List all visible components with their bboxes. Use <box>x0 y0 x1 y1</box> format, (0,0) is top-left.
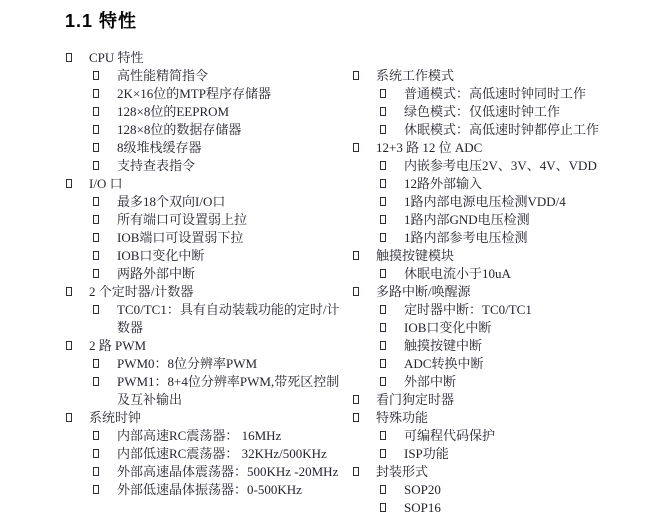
feature-list-item: 支持查表指令 <box>92 157 353 175</box>
hollow-square-bullet-icon <box>93 467 99 476</box>
feature-list-item: 128×8位的EEPROM <box>92 103 353 121</box>
feature-item-text: 内部高速RC震荡器： 16MHz <box>117 428 281 443</box>
feature-list-item: SOP20 <box>379 481 652 499</box>
feature-list-item: 8级堆栈缓存器 <box>92 139 353 157</box>
feature-item-text: IOB端口可设置弱下拉 <box>117 230 243 245</box>
feature-item-text: 绿色模式：仅低速时钟工作 <box>404 104 560 119</box>
feature-item-text: 1路内部电源电压检测VDD/4 <box>404 194 566 209</box>
hollow-square-bullet-icon <box>353 413 359 422</box>
feature-list-item: 系统工作模式 <box>352 67 652 85</box>
feature-list-item: 高性能精简指令 <box>92 67 353 85</box>
hollow-square-bullet-icon <box>380 359 386 368</box>
feature-list-item: 2K×16位的MTP程序存储器 <box>92 85 353 103</box>
feature-item-text: CPU 特性 <box>89 50 144 65</box>
hollow-square-bullet-icon <box>353 467 359 476</box>
feature-list-item: PWM1：8+4位分辨率PWM,带死区控制 及互补输出 <box>92 373 353 409</box>
hollow-square-bullet-icon <box>380 503 386 512</box>
hollow-square-bullet-icon <box>380 341 386 350</box>
hollow-square-bullet-icon <box>93 431 99 440</box>
hollow-square-bullet-icon <box>93 251 99 260</box>
feature-list-item: 封装形式 <box>352 463 652 481</box>
feature-item-text: 内嵌参考电压2V、3V、4V、VDD <box>404 158 597 173</box>
feature-item-text: 触摸按键中断 <box>404 338 482 353</box>
hollow-square-bullet-icon <box>380 161 386 170</box>
hollow-square-bullet-icon <box>380 323 386 332</box>
feature-item-text: 可编程代码保护 <box>404 428 495 443</box>
feature-item-text: 所有端口可设置弱上拉 <box>117 212 247 227</box>
hollow-square-bullet-icon <box>93 377 99 386</box>
feature-item-text: 多路中断/唤醒源 <box>376 284 471 299</box>
feature-item-text: 内部低速RC震荡器： 32KHz/500KHz <box>117 446 327 461</box>
hollow-square-bullet-icon <box>353 71 359 80</box>
feature-item-text: 1路内部参考电压检测 <box>404 230 528 245</box>
hollow-square-bullet-icon <box>380 305 386 314</box>
page-title: 1.1 特性 <box>65 7 137 33</box>
hollow-square-bullet-icon <box>380 269 386 278</box>
hollow-square-bullet-icon <box>93 233 99 242</box>
feature-list-item: 12路外部输入 <box>379 175 652 193</box>
feature-list-item: 多路中断/唤醒源 <box>352 283 652 301</box>
feature-item-text: 两路外部中断 <box>117 266 195 281</box>
feature-item-text: 最多18个双向I/O口 <box>117 194 225 209</box>
feature-list-item: 可编程代码保护 <box>379 427 652 445</box>
feature-item-text: 2 路 PWM <box>89 338 146 353</box>
feature-list-item: 2 路 PWM <box>65 337 353 355</box>
feature-item-text: 128×8位的数据存储器 <box>117 122 241 137</box>
feature-item-text: 特殊功能 <box>376 410 428 425</box>
feature-list-item: 2 个定时器/计数器 <box>65 283 353 301</box>
feature-list-item: ISP功能 <box>379 445 652 463</box>
feature-item-text: 系统时钟 <box>89 410 141 425</box>
feature-list-item: ADC转换中断 <box>379 355 652 373</box>
feature-item-text: 128×8位的EEPROM <box>117 104 229 119</box>
hollow-square-bullet-icon <box>380 89 386 98</box>
feature-item-text: PWM1：8+4位分辨率PWM,带死区控制 及互补输出 <box>117 374 339 407</box>
feature-list-item: 内部高速RC震荡器： 16MHz <box>92 427 353 445</box>
feature-list-item: 内部低速RC震荡器： 32KHz/500KHz <box>92 445 353 463</box>
feature-list-item: 休眠电流小于10uA <box>379 265 652 283</box>
feature-item-text: 12+3 路 12 位 ADC <box>376 140 482 155</box>
hollow-square-bullet-icon <box>93 143 99 152</box>
hollow-square-bullet-icon <box>93 215 99 224</box>
hollow-square-bullet-icon <box>380 377 386 386</box>
feature-item-text: ISP功能 <box>404 446 449 461</box>
feature-column-right: 系统工作模式 普通模式：高低速时钟同时工作 绿色模式：仅低速时钟工作 休眠模式：… <box>352 67 652 513</box>
feature-item-text: 封装形式 <box>376 464 428 479</box>
hollow-square-bullet-icon <box>93 161 99 170</box>
hollow-square-bullet-icon <box>93 359 99 368</box>
hollow-square-bullet-icon <box>93 269 99 278</box>
hollow-square-bullet-icon <box>66 179 72 188</box>
feature-list-item: PWM0：8位分辨率PWM <box>92 355 353 373</box>
feature-item-text: PWM0：8位分辨率PWM <box>117 356 257 371</box>
feature-item-text: 8级堆栈缓存器 <box>117 140 202 155</box>
hollow-square-bullet-icon <box>66 53 72 62</box>
feature-item-text: SOP16 <box>404 500 441 513</box>
feature-list-item: 系统时钟 <box>65 409 353 427</box>
feature-item-text: 系统工作模式 <box>376 68 454 83</box>
hollow-square-bullet-icon <box>380 179 386 188</box>
feature-list-item: IOB口变化中断 <box>92 247 353 265</box>
feature-item-text: 外部高速晶体震荡器：500KHz -20MHz <box>117 464 338 479</box>
feature-item-text: IOB口变化中断 <box>117 248 204 263</box>
feature-list-item: TC0/TC1：具有自动装载功能的定时/计 数器 <box>92 301 353 337</box>
feature-list-item: 绿色模式：仅低速时钟工作 <box>379 103 652 121</box>
feature-list-item: 1路内部电源电压检测VDD/4 <box>379 193 652 211</box>
feature-item-text: 1路内部GND电压检测 <box>404 212 530 227</box>
feature-list-item: 内嵌参考电压2V、3V、4V、VDD <box>379 157 652 175</box>
hollow-square-bullet-icon <box>66 413 72 422</box>
hollow-square-bullet-icon <box>93 197 99 206</box>
feature-item-text: ADC转换中断 <box>404 356 483 371</box>
feature-list-item: 看门狗定时器 <box>352 391 652 409</box>
feature-list-item: 休眠模式：高低速时钟都停止工作 <box>379 121 652 139</box>
hollow-square-bullet-icon <box>93 107 99 116</box>
feature-item-text: 支持查表指令 <box>117 158 195 173</box>
feature-item-text: 2 个定时器/计数器 <box>89 284 193 299</box>
feature-list-item: 所有端口可设置弱上拉 <box>92 211 353 229</box>
feature-item-text: 看门狗定时器 <box>376 392 454 407</box>
hollow-square-bullet-icon <box>380 449 386 458</box>
feature-list-item: 外部高速晶体震荡器：500KHz -20MHz <box>92 463 353 481</box>
hollow-square-bullet-icon <box>380 485 386 494</box>
hollow-square-bullet-icon <box>93 449 99 458</box>
feature-list-item: I/O 口 <box>65 175 353 193</box>
feature-list-item: 两路外部中断 <box>92 265 353 283</box>
hollow-square-bullet-icon <box>66 341 72 350</box>
feature-item-text: I/O 口 <box>89 176 123 191</box>
feature-list-item: CPU 特性 <box>65 49 353 67</box>
hollow-square-bullet-icon <box>93 71 99 80</box>
feature-list-item: 128×8位的数据存储器 <box>92 121 353 139</box>
hollow-square-bullet-icon <box>93 89 99 98</box>
feature-list-item: 外部中断 <box>379 373 652 391</box>
hollow-square-bullet-icon <box>353 251 359 260</box>
feature-item-text: IOB口变化中断 <box>404 320 491 335</box>
feature-item-text: 休眠模式：高低速时钟都停止工作 <box>404 122 599 137</box>
hollow-square-bullet-icon <box>353 287 359 296</box>
feature-list-item: SOP16 <box>379 499 652 513</box>
hollow-square-bullet-icon <box>380 431 386 440</box>
feature-item-text: SOP20 <box>404 482 441 497</box>
feature-list-item: 最多18个双向I/O口 <box>92 193 353 211</box>
feature-list-item: IOB口变化中断 <box>379 319 652 337</box>
hollow-square-bullet-icon <box>93 305 99 314</box>
feature-list-item: 触摸按键模块 <box>352 247 652 265</box>
feature-list-item: 1路内部GND电压检测 <box>379 211 652 229</box>
hollow-square-bullet-icon <box>380 107 386 116</box>
feature-list-item: 触摸按键中断 <box>379 337 652 355</box>
feature-list-item: 普通模式：高低速时钟同时工作 <box>379 85 652 103</box>
feature-list-item: 定时器中断：TC0/TC1 <box>379 301 652 319</box>
feature-list-item: IOB端口可设置弱下拉 <box>92 229 353 247</box>
feature-item-text: 2K×16位的MTP程序存储器 <box>117 86 271 101</box>
hollow-square-bullet-icon <box>353 395 359 404</box>
hollow-square-bullet-icon <box>380 233 386 242</box>
hollow-square-bullet-icon <box>380 215 386 224</box>
feature-item-text: TC0/TC1：具有自动装载功能的定时/计 数器 <box>117 302 339 335</box>
feature-column-left: CPU 特性 高性能精简指令 2K×16位的MTP程序存储器 128×8位的EE… <box>65 49 353 499</box>
feature-list-item: 外部低速晶体振荡器：0-500KHz <box>92 481 353 499</box>
feature-item-text: 普通模式：高低速时钟同时工作 <box>404 86 586 101</box>
hollow-square-bullet-icon <box>66 287 72 296</box>
hollow-square-bullet-icon <box>380 125 386 134</box>
datasheet-features-page: 1.1 特性 CPU 特性 高性能精简指令 2K×16位的MTP程序存储器 12… <box>0 0 671 513</box>
feature-item-text: 外部中断 <box>404 374 456 389</box>
feature-item-text: 定时器中断：TC0/TC1 <box>404 302 532 317</box>
hollow-square-bullet-icon <box>93 125 99 134</box>
hollow-square-bullet-icon <box>353 143 359 152</box>
feature-list-item: 12+3 路 12 位 ADC <box>352 139 652 157</box>
feature-item-text: 触摸按键模块 <box>376 248 454 263</box>
feature-list-item: 特殊功能 <box>352 409 652 427</box>
feature-list-item: 1路内部参考电压检测 <box>379 229 652 247</box>
hollow-square-bullet-icon <box>380 197 386 206</box>
feature-item-text: 休眠电流小于10uA <box>404 266 511 281</box>
feature-item-text: 12路外部输入 <box>404 176 482 191</box>
feature-item-text: 外部低速晶体振荡器：0-500KHz <box>117 482 302 497</box>
hollow-square-bullet-icon <box>93 485 99 494</box>
feature-item-text: 高性能精简指令 <box>117 68 208 83</box>
